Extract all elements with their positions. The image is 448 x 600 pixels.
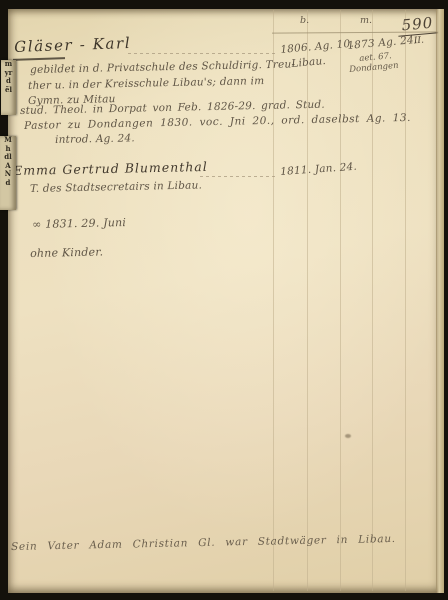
entry-name: Gläser - Karl	[14, 36, 131, 55]
page-number-value: 590	[397, 13, 439, 36]
death-place: Dondangen	[349, 62, 399, 75]
biography-line: gebildet in d. Privatschule des Schuldir…	[30, 59, 295, 75]
leader-line	[200, 176, 276, 177]
column-rule	[340, 10, 341, 591]
spouse-name: Emma Gertrud Blumenthal	[13, 161, 208, 178]
page-edge	[436, 9, 444, 593]
biography-line: introd. Ag. 24.	[55, 133, 135, 145]
children-line: ohne Kinder.	[30, 246, 103, 259]
binding-fragment-bottom: M h dl A N d	[0, 136, 16, 210]
ledger-paper: b. m. 590 II. Gläser - Karl 1806. Ag. 10…	[8, 9, 444, 593]
column-rule	[405, 10, 406, 591]
marriage-line: ∞ 1831. 29. Juni	[32, 217, 126, 230]
name-underline	[13, 57, 65, 60]
binding-fragment-top: m yr d ẽl	[1, 60, 16, 115]
spouse-birth-date: 1811. Jan. 24.	[280, 162, 357, 178]
column-rule	[372, 10, 373, 591]
column-header-died: m.	[360, 16, 372, 26]
column-rule	[307, 10, 308, 591]
footnote: Sein Vater Adam Christian Gl. war Stadtw…	[11, 534, 396, 553]
death-date: 1873 Ag. 24.	[347, 35, 418, 52]
biography-line: ther u. in der Kreisschule Libau's; dann…	[28, 76, 264, 91]
scanned-ledger-photo: b. m. 590 II. Gläser - Karl 1806. Ag. 10…	[0, 0, 448, 600]
birth-date: 1806. Ag. 10.	[280, 39, 354, 56]
birth-place: Libau.	[291, 56, 326, 69]
column-header-born: b.	[300, 16, 309, 26]
leader-line	[128, 53, 276, 54]
ink-smudge	[345, 434, 351, 438]
spouse-description: T. des Stadtsecretairs in Libau.	[30, 180, 202, 194]
column-rule	[273, 10, 274, 591]
